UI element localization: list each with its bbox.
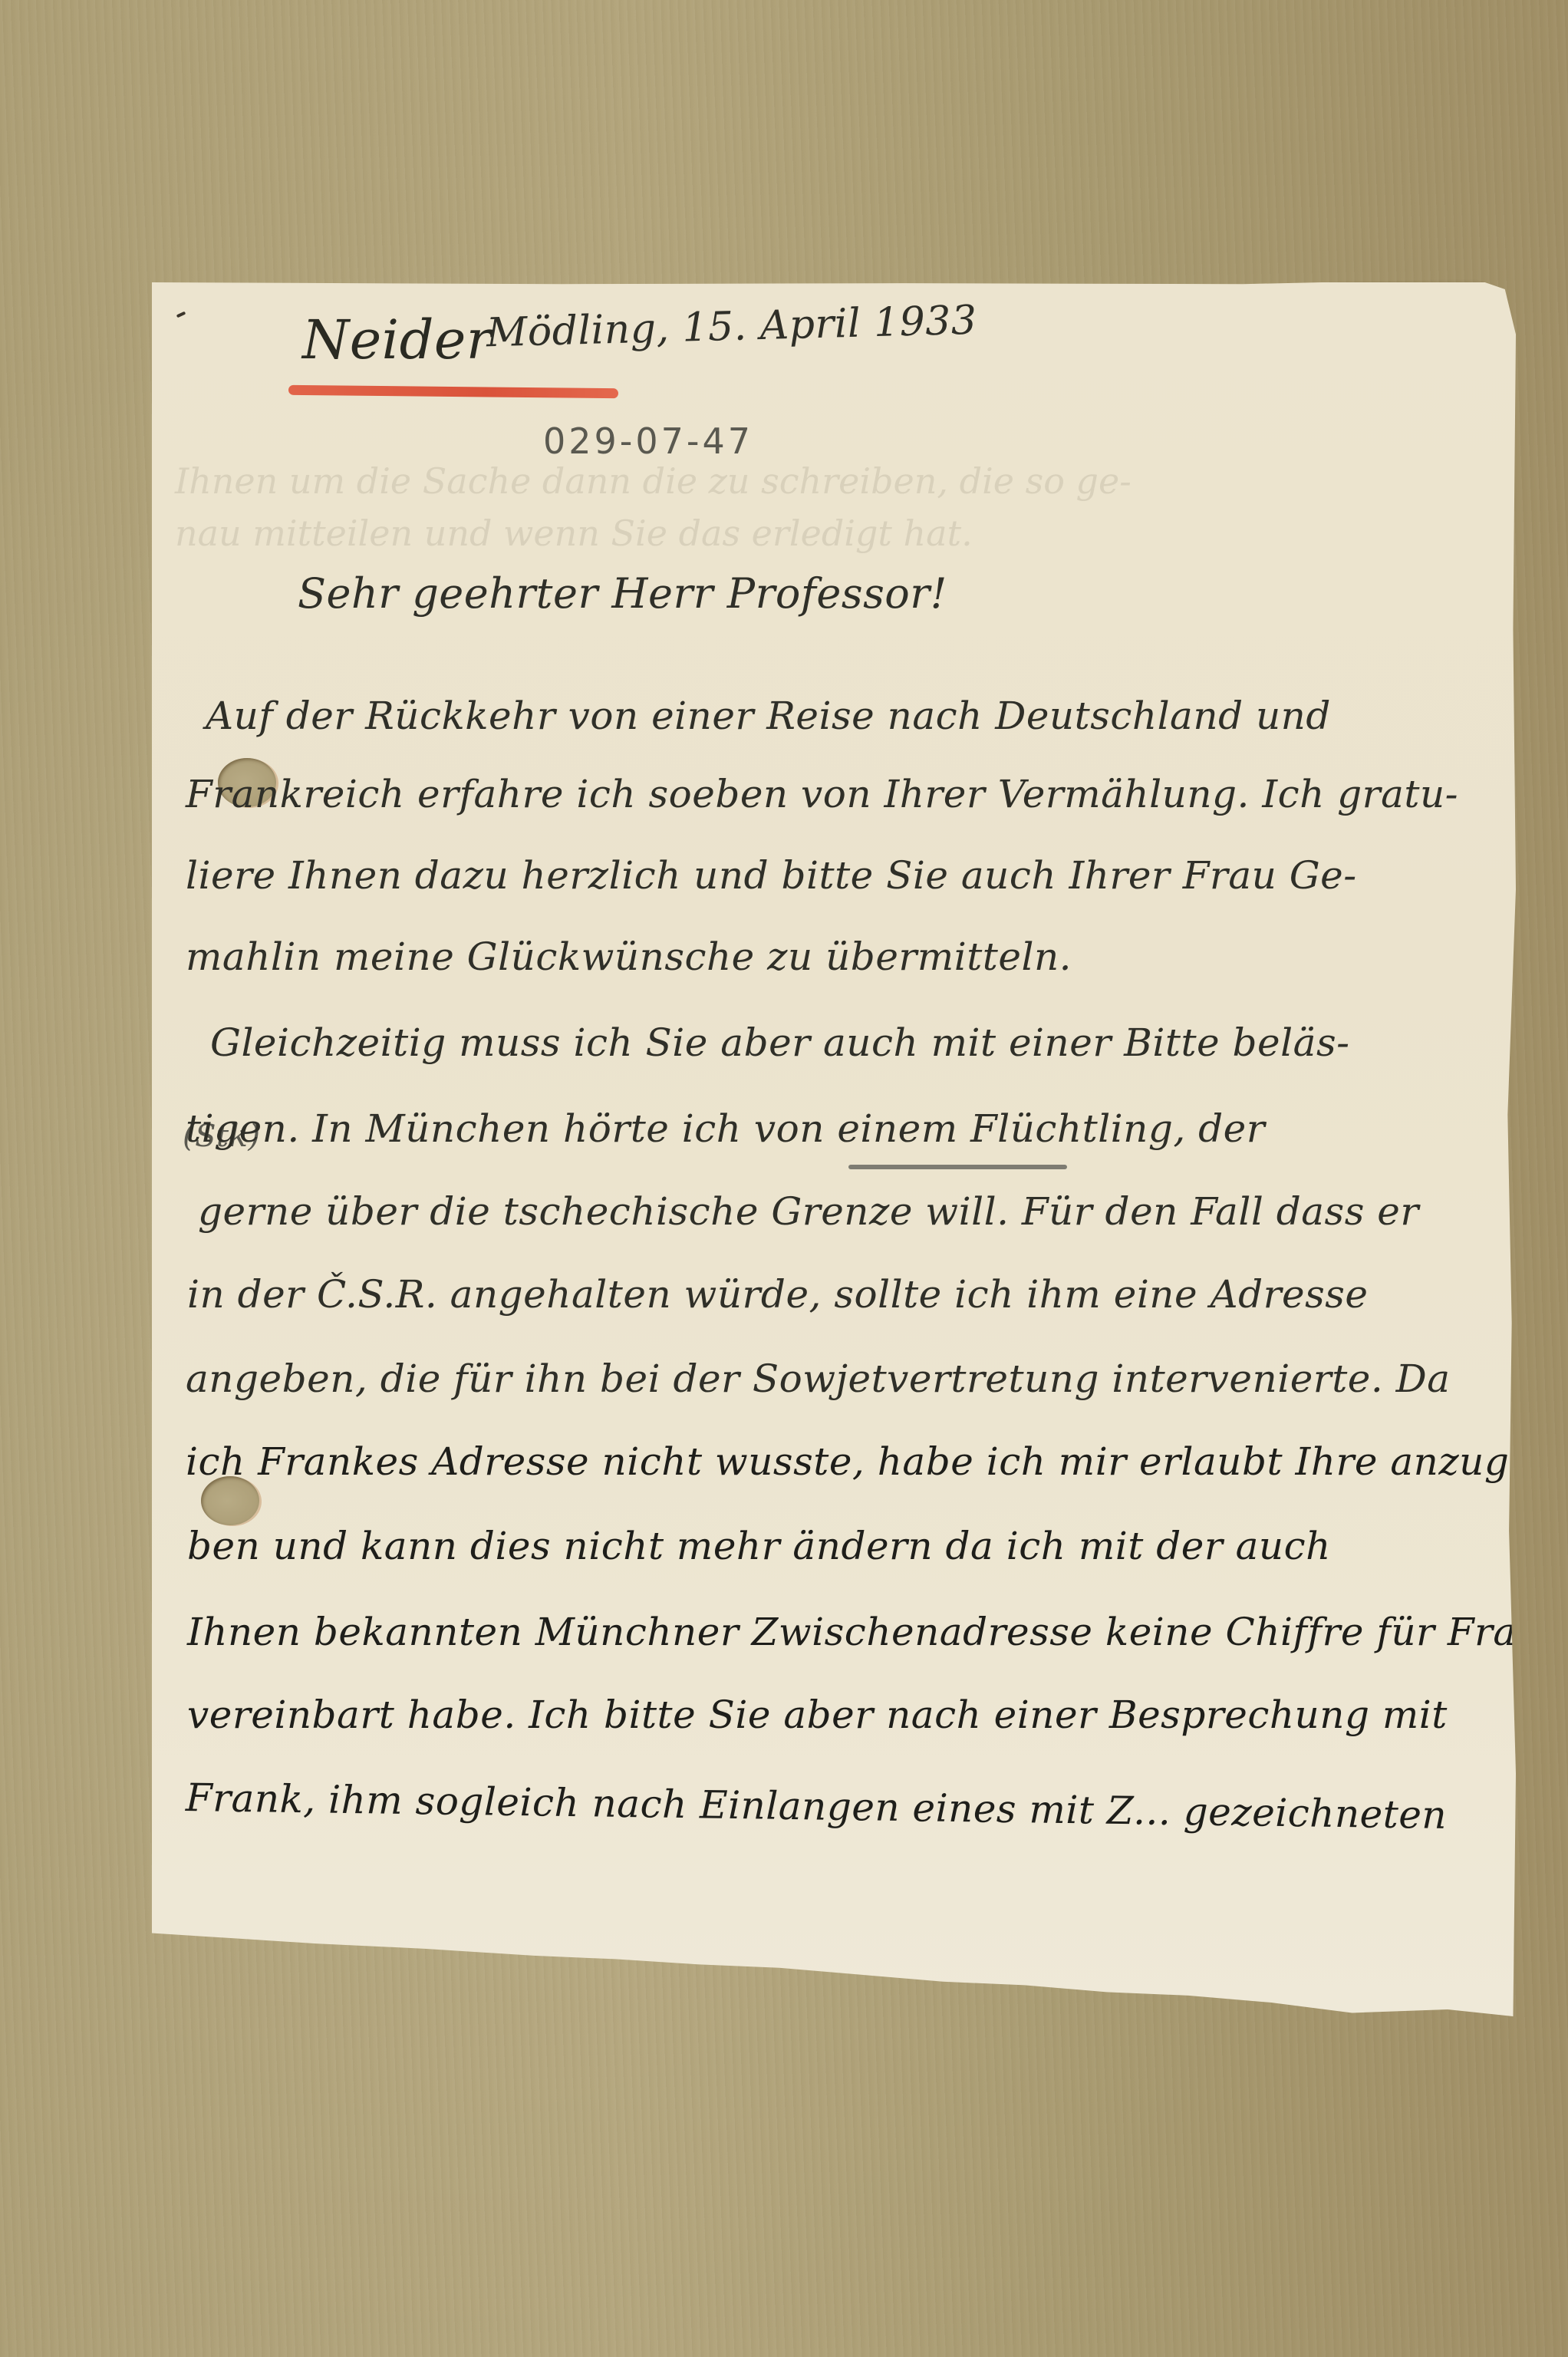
body-line: Auf der Rückkehr von einer Reise nach De…	[206, 694, 1331, 738]
body-line: ich Frankes Adresse nicht wusste, habe i…	[186, 1439, 1546, 1484]
body-line: Frank, ihm sogleich nach Einlangen eines…	[186, 1775, 1448, 1838]
salutation: Sehr geehrter Herr Professor!	[298, 569, 947, 618]
body-line: Gleichzeitig muss ich Sie aber auch mit …	[210, 1020, 1350, 1065]
body-line: liere Ihnen dazu herzlich und bitte Sie …	[186, 853, 1357, 898]
body-line: tigen. In München hörte ich von einem Fl…	[186, 1106, 1265, 1151]
body-line: in der Č.S.R. angehalten würde, sollte i…	[187, 1272, 1369, 1317]
body-line: ben und kann dies nicht mehr ändern da i…	[187, 1524, 1331, 1568]
body-line: angeben, die für ihn bei der Sowjetvertr…	[186, 1357, 1451, 1401]
body-line: Frankreich erfahre ich soeben von Ihrer …	[186, 772, 1458, 816]
ink-speck	[176, 312, 186, 318]
red-crayon-underline	[288, 385, 618, 399]
letter-page: Ihnen um die Sache dann die zu schreiben…	[152, 282, 1516, 2016]
sender-name: Neider	[302, 308, 492, 371]
pencil-underline-fluechtling	[848, 1165, 1067, 1169]
archive-number: 029-07-47	[543, 420, 753, 462]
body-line: Ihnen bekannten Münchner Zwischenadresse…	[187, 1610, 1565, 1654]
bleed-through-line: nau mitteilen und wenn Sie das erledigt …	[175, 513, 973, 554]
body-line: mahlin meine Glückwünsche zu übermitteln…	[186, 935, 1072, 979]
body-line: vereinbart habe. Ich bitte Sie aber nach…	[187, 1693, 1448, 1737]
bleed-through-line: Ihnen um die Sache dann die zu schreiben…	[175, 460, 1132, 502]
place-date: Mödling, 15. April 1933	[486, 298, 977, 357]
body-line: gerne über die tschechische Grenze will.…	[198, 1189, 1419, 1234]
